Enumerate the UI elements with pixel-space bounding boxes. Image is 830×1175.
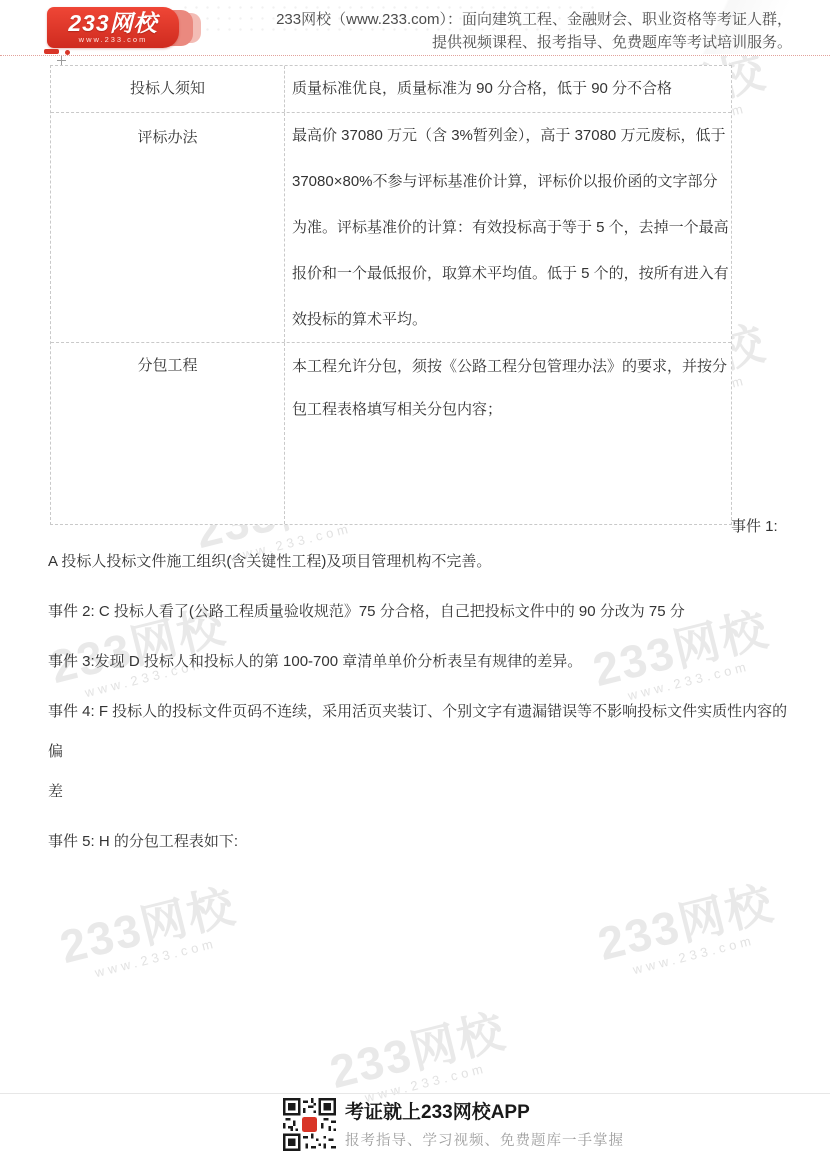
subcontract-subtable: 工程 工程量 价格 XX XX XX: [292, 434, 725, 524]
footer-text-block: 考证就上233网校APP 报考指导、学习视频、免费题库一手掌握: [345, 1098, 624, 1152]
subtable-header: 价格: [417, 520, 487, 524]
tagline-line-2: 提供视频课程、报考指导、免费题库等考试培训服务。: [276, 31, 792, 54]
table-row: 评标办法 最高价 37080 万元（含 3%暂列金），高于 37080 万元废标…: [51, 113, 731, 343]
event-1-label: 事件 1:: [731, 515, 778, 536]
event-5-text: 事件 5: H 的分包工程表如下:: [48, 822, 798, 862]
row-content: 最高价 37080 万元（含 3%暂列金），高于 37080 万元废标，低于 3…: [285, 113, 731, 342]
footer-title: 考证就上233网校APP: [345, 1100, 624, 1126]
row-content: 质量标准优良，质量标准为 90 分合格，低于 90 分不合格: [285, 66, 731, 112]
table-move-handle-icon: [57, 56, 66, 65]
site-header: 233网校 www.233.com 233网校（www.233.com）：面向建…: [0, 0, 830, 56]
logo-brand-text: 233网校: [68, 11, 157, 35]
logo-badge: 233网校 www.233.com: [47, 7, 179, 48]
event-paragraphs: A 投标人投标文件施工组织(含关键性工程)及项目管理机构不完善。 事件 2: C…: [48, 542, 798, 872]
qr-code-icon: [283, 1098, 336, 1151]
tagline-line-1: 233网校（www.233.com）：面向建筑工程、金融财会、职业资格等考证人群…: [276, 8, 792, 31]
watermark: 233网校 www.233.com: [326, 1007, 515, 1112]
footer-divider: [0, 1093, 830, 1094]
footer-subtitle: 报考指导、学习视频、免费题库一手掌握: [345, 1130, 624, 1152]
logo-dot-decoration: [65, 50, 70, 55]
event-2-text: 事件 2: C 投标人看了(公路工程质量验收规范》75 分合格，自己把投标文件中…: [48, 592, 798, 632]
logo-url-text: www.233.com: [79, 35, 148, 44]
event-4-text: 事件 4: F 投标人的投标文件页码不连续，采用活页夹装订、个别文字有遗漏错误等…: [48, 692, 798, 812]
header-tagline: 233网校（www.233.com）：面向建筑工程、金融财会、职业资格等考证人群…: [276, 8, 792, 54]
bid-document-table: 投标人须知 质量标准优良，质量标准为 90 分合格，低于 90 分不合格 评标办…: [50, 65, 732, 525]
event-1-text: A 投标人投标文件施工组织(含关键性工程)及项目管理机构不完善。: [48, 542, 798, 582]
watermark: 233网校 www.233.com: [56, 882, 245, 987]
page: 233网校 www.233.com 233网校 www.233.com 233网…: [0, 0, 830, 1175]
row-label: 投标人须知: [51, 66, 285, 112]
subtable-header: 工程: [292, 520, 347, 524]
row-label: 分包工程: [51, 343, 285, 524]
row-content-text: 本工程允许分包，须按《公路工程分包管理办法》的要求，并按分 包工程表格填写相关分…: [292, 358, 727, 418]
subtable-header: 工程量: [347, 520, 417, 524]
table-row: 投标人须知 质量标准优良，质量标准为 90 分合格，低于 90 分不合格: [51, 66, 731, 113]
event-3-text: 事件 3:发现 D 投标人和投标人的第 100-700 章清单单价分析表呈有规律…: [48, 642, 798, 682]
logo-233-wangxiao: 233网校 www.233.com: [47, 7, 207, 53]
table-row: 分包工程 本工程允许分包，须按《公路工程分包管理办法》的要求，并按分 包工程表格…: [51, 343, 731, 524]
watermark: 233网校 www.233.com: [594, 879, 783, 984]
row-content: 本工程允许分包，须按《公路工程分包管理办法》的要求，并按分 包工程表格填写相关分…: [285, 343, 731, 524]
footer: 考证就上233网校APP 报考指导、学习视频、免费题库一手掌握: [283, 1098, 624, 1152]
subtable-header-row: 工程 工程量 价格: [292, 520, 725, 524]
logo-dash-decoration: [44, 49, 59, 54]
row-label: 评标办法: [51, 113, 285, 342]
